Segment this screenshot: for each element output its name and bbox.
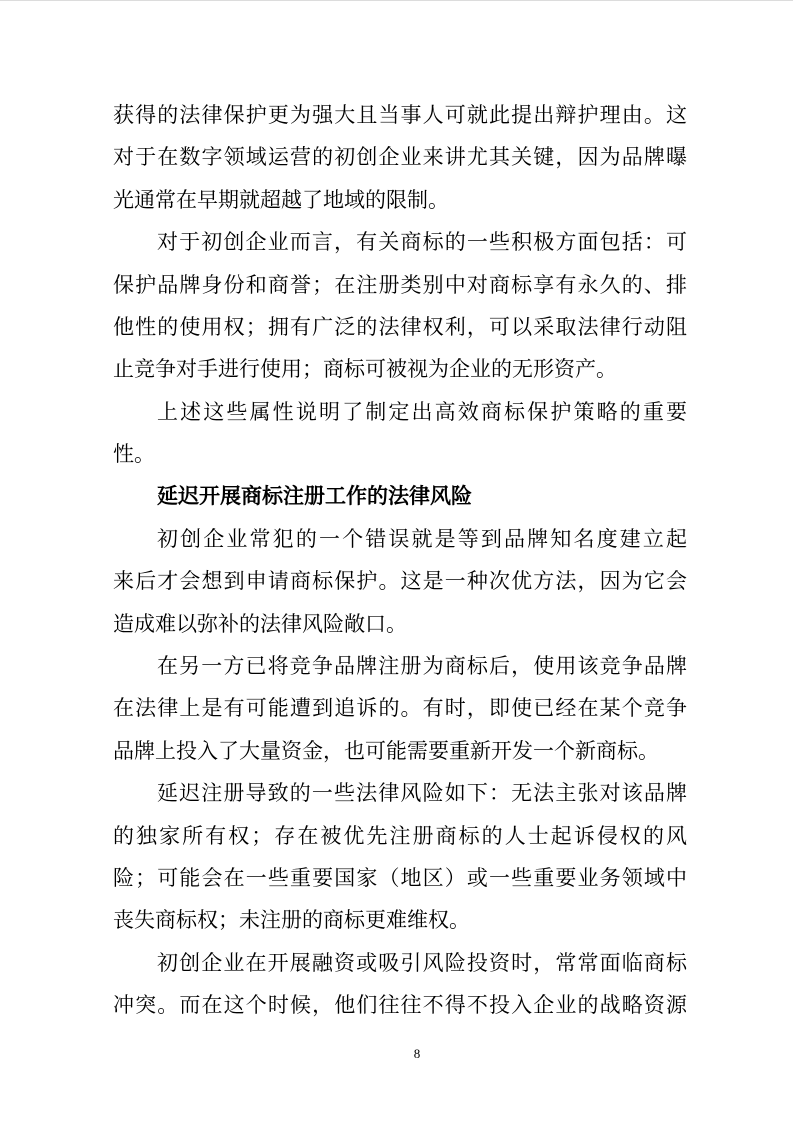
text-line: 性。 xyxy=(113,433,687,475)
text-line: 险；可能会在一些重要国家（地区）或一些重要业务领域中 xyxy=(113,857,687,899)
text-line: 冲突。而在这个时候，他们往往不得不投入企业的战略资源 xyxy=(113,984,687,1026)
text-line: 在另一方已将竞争品牌注册为商标后，使用该竞争品牌 xyxy=(113,645,687,687)
paragraph: 在另一方已将竞争品牌注册为商标后，使用该竞争品牌在法律上是有可能遭到追诉的。有时… xyxy=(113,645,687,772)
page-number: 8 xyxy=(130,1046,704,1062)
paragraph: 初创企业常犯的一个错误就是等到品牌知名度建立起来后才会想到申请商标保护。这是一种… xyxy=(113,518,687,645)
text-line: 对于在数字领域运营的初创企业来讲尤其关键，因为品牌曝 xyxy=(113,136,687,178)
text-line: 对于初创企业而言，有关商标的一些积极方面包括：可 xyxy=(113,221,687,263)
document-body: 获得的法律保护更为强大且当事人可就此提出辩护理由。这对于在数字领域运营的初创企业… xyxy=(113,94,687,1027)
text-line: 上述这些属性说明了制定出高效商标保护策略的重要 xyxy=(113,391,687,433)
text-line: 初创企业在开展融资或吸引风险投资时，常常面临商标 xyxy=(113,942,687,984)
text-line: 获得的法律保护更为强大且当事人可就此提出辩护理由。这 xyxy=(113,94,687,136)
text-line: 的独家所有权；存在被优先注册商标的人士起诉侵权的风 xyxy=(113,815,687,857)
paragraph: 初创企业在开展融资或吸引风险投资时，常常面临商标冲突。而在这个时候，他们往往不得… xyxy=(113,942,687,1027)
section-heading: 延迟开展商标注册工作的法律风险 xyxy=(113,476,687,518)
text-line: 品牌上投入了大量资金，也可能需要重新开发一个新商标。 xyxy=(113,730,687,772)
document-page: { "page": { "number": "8", "background_c… xyxy=(0,0,793,1122)
text-line: 他性的使用权；拥有广泛的法律权利，可以采取法律行动阻 xyxy=(113,306,687,348)
text-line: 在法律上是有可能遭到追诉的。有时，即使已经在某个竞争 xyxy=(113,687,687,729)
page-top-edge xyxy=(0,0,793,1)
paragraph: 上述这些属性说明了制定出高效商标保护策略的重要性。 xyxy=(113,391,687,476)
text-line: 初创企业常犯的一个错误就是等到品牌知名度建立起 xyxy=(113,518,687,560)
text-line: 光通常在早期就超越了地域的限制。 xyxy=(113,179,687,221)
paragraph: 延迟注册导致的一些法律风险如下：无法主张对该品牌的独家所有权；存在被优先注册商标… xyxy=(113,772,687,942)
text-line: 丧失商标权；未注册的商标更难维权。 xyxy=(113,899,687,941)
paragraph: 获得的法律保护更为强大且当事人可就此提出辩护理由。这对于在数字领域运营的初创企业… xyxy=(113,94,687,221)
heading-line: 延迟开展商标注册工作的法律风险 xyxy=(113,476,687,518)
text-line: 止竞争对手进行使用；商标可被视为企业的无形资产。 xyxy=(113,348,687,390)
text-line: 造成难以弥补的法律风险敞口。 xyxy=(113,603,687,645)
paragraph: 对于初创企业而言，有关商标的一些积极方面包括：可保护品牌身份和商誉；在注册类别中… xyxy=(113,221,687,391)
text-line: 延迟注册导致的一些法律风险如下：无法主张对该品牌 xyxy=(113,772,687,814)
text-line: 保护品牌身份和商誉；在注册类别中对商标享有永久的、排 xyxy=(113,264,687,306)
text-line: 来后才会想到申请商标保护。这是一种次优方法，因为它会 xyxy=(113,560,687,602)
